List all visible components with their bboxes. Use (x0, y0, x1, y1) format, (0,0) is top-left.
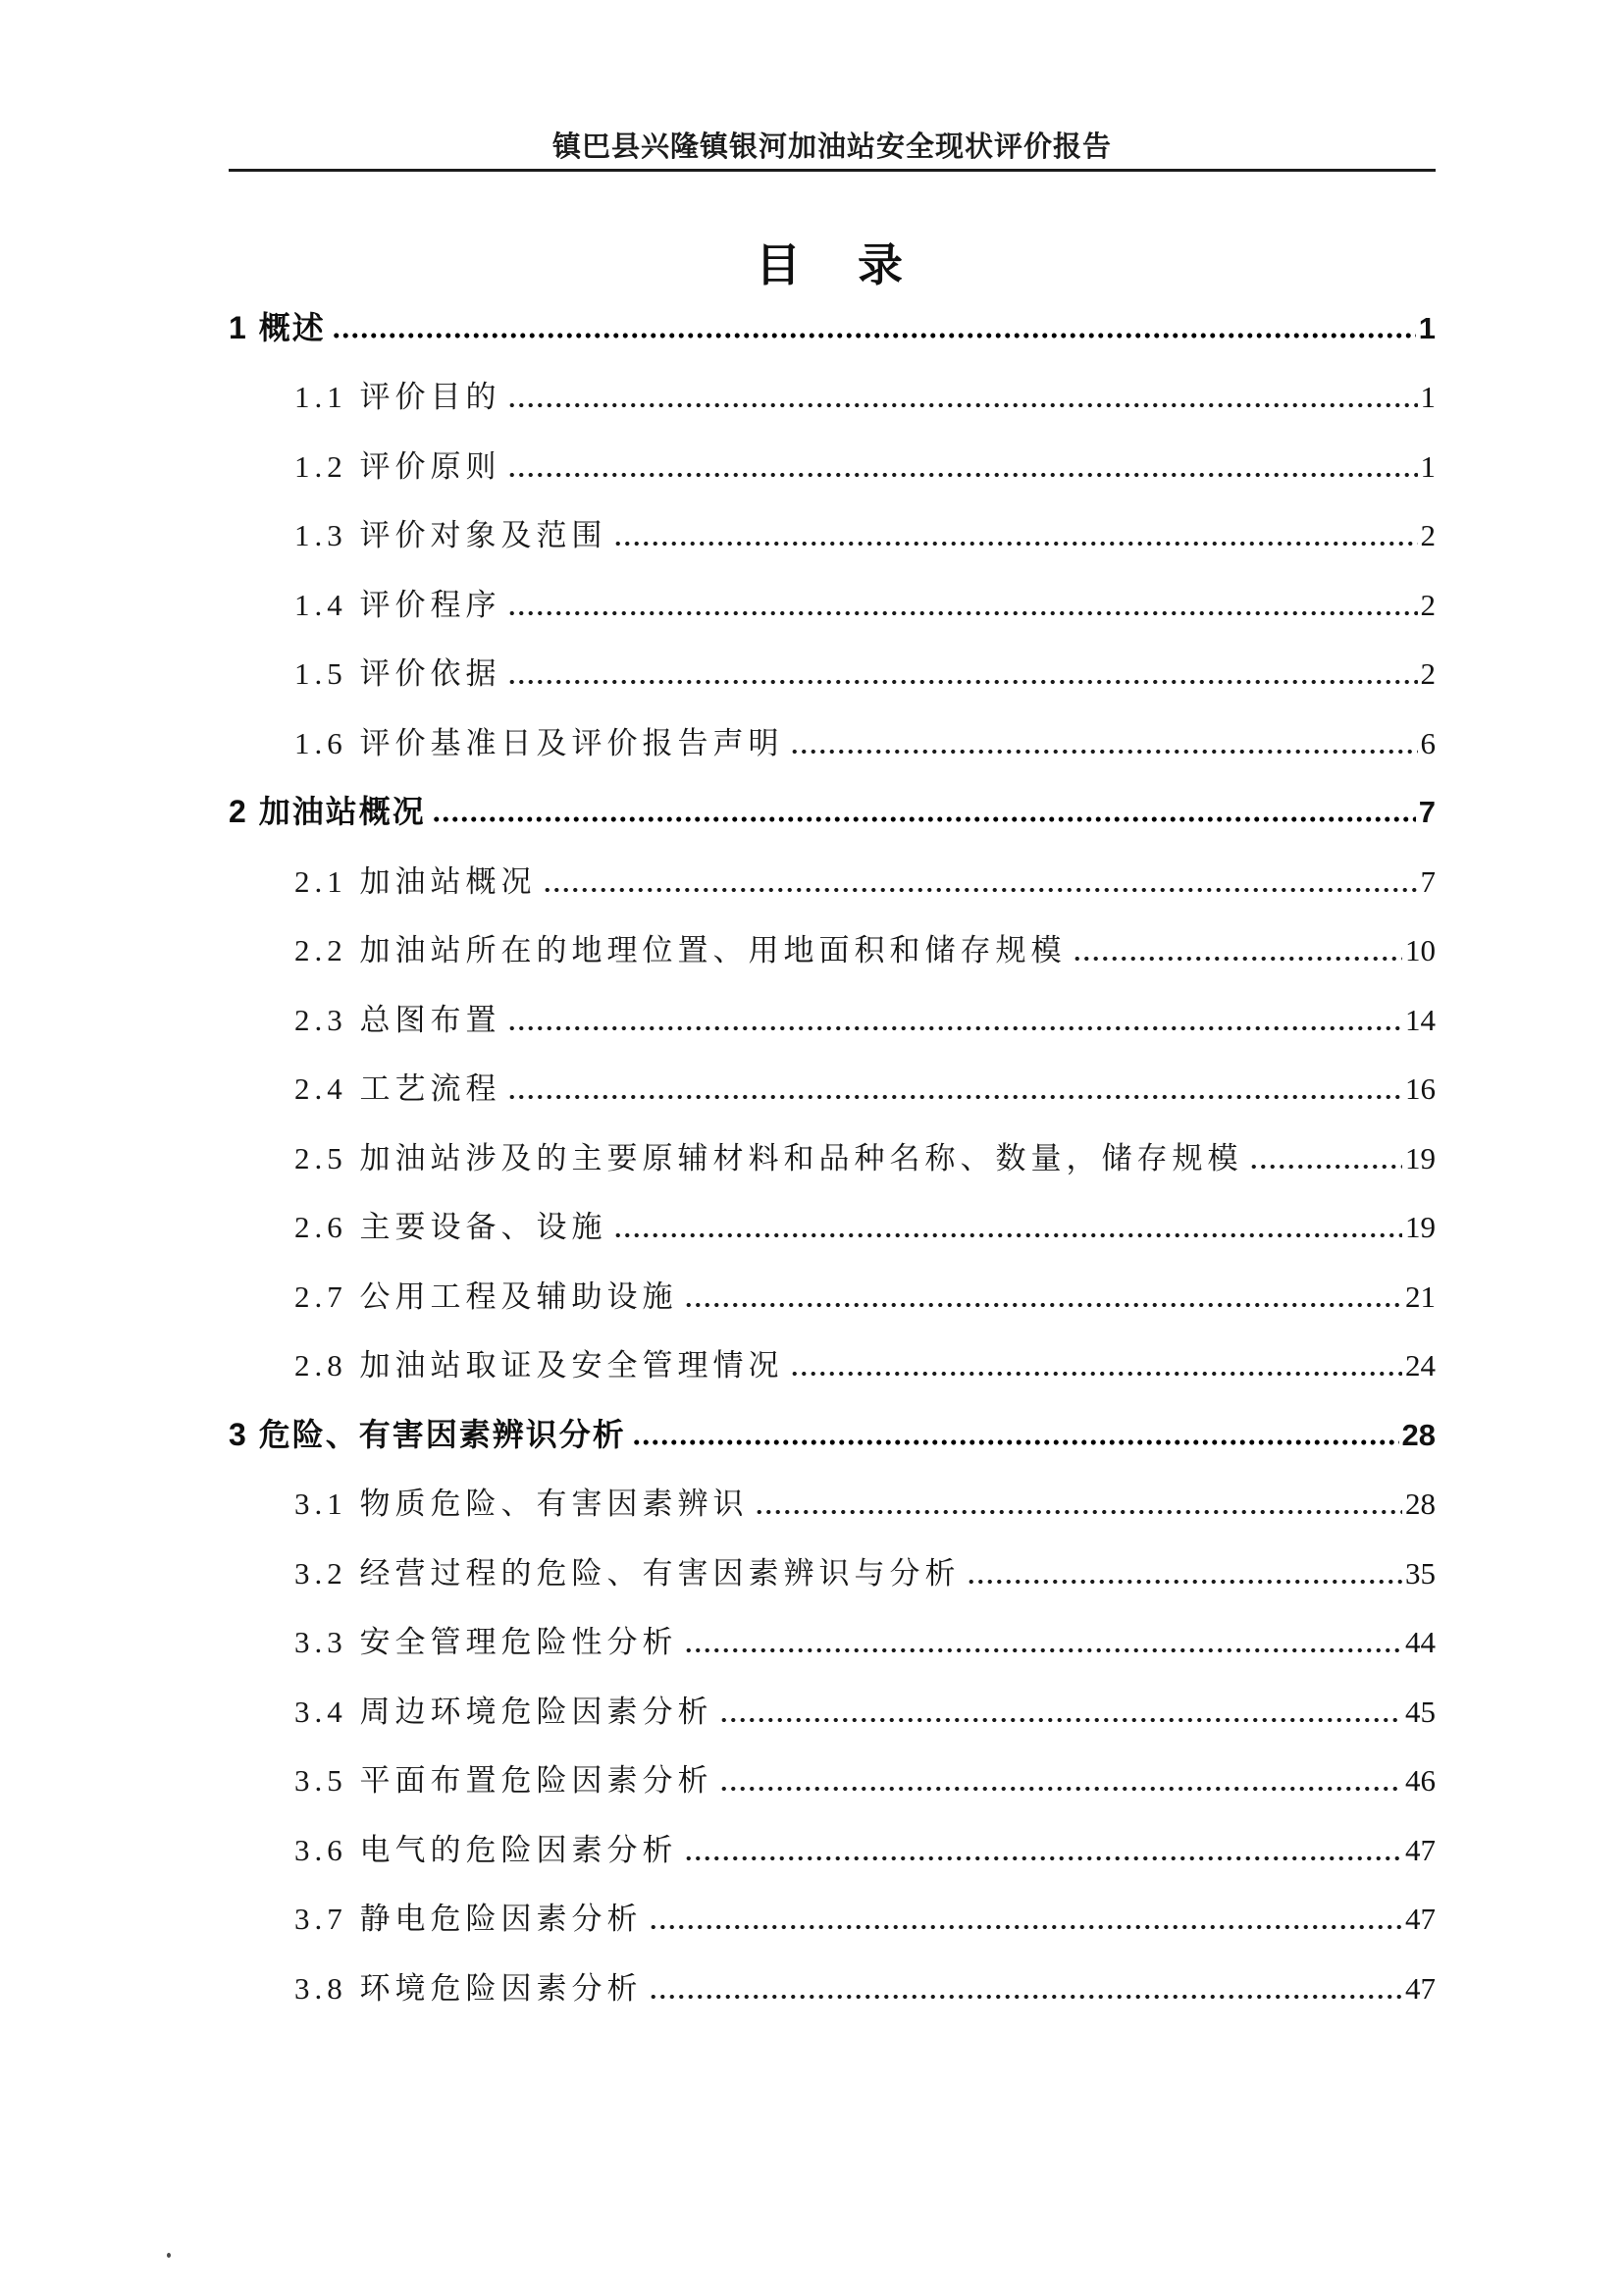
toc-entry: 3.1 物质危险、有害因素辨识28 (229, 1455, 1436, 1525)
toc-entry-label: 3.5 平面布置危险因素分析 (229, 1763, 713, 1800)
toc-entry: 1 概述1 (229, 279, 1436, 348)
dotted-leader (1073, 956, 1403, 962)
dotted-leader (507, 679, 1418, 685)
toc-entry-page-number: 45 (1405, 1695, 1436, 1732)
dotted-leader (632, 1439, 1399, 1445)
toc-entry-label: 3.1 物质危险、有害因素辨识 (229, 1487, 749, 1524)
toc-entry-label: 2.7 公用工程及辅助设施 (229, 1279, 678, 1317)
toc-entry-page-number: 44 (1405, 1625, 1436, 1662)
toc-entry: 2.6 主要设备、设施19 (229, 1178, 1436, 1248)
toc-entry-label: 3.7 静电危险因素分析 (229, 1902, 643, 1939)
toc-list: 1 概述11.1 评价目的11.2 评价原则11.3 评价对象及范围21.4 评… (229, 279, 1436, 2009)
toc-entry-label: 3.3 安全管理危险性分析 (229, 1625, 678, 1662)
toc-entry: 3.5 平面布置危险因素分析46 (229, 1732, 1436, 1801)
toc-entry-page-number: 24 (1405, 1348, 1436, 1385)
toc-entry: 2.1 加油站概况7 (229, 832, 1436, 902)
toc-entry: 3.2 经营过程的危险、有害因素辨识与分析35 (229, 1524, 1436, 1593)
dotted-leader (684, 1302, 1403, 1308)
toc-entry-page-number: 2 (1421, 518, 1437, 555)
dotted-leader (719, 1786, 1403, 1792)
dotted-leader (684, 1647, 1403, 1653)
page-header-title: 镇巴县兴隆镇银河加油站安全现状评价报告 (229, 125, 1436, 165)
toc-entry-page-number: 10 (1405, 933, 1436, 970)
toc-entry-label: 1.2 评价原则 (229, 449, 501, 487)
toc-entry: 2 加油站概况7 (229, 763, 1436, 833)
toc-entry: 1.4 评价程序2 (229, 555, 1436, 625)
toc-entry-page-number: 1 (1421, 449, 1437, 487)
toc-entry-label: 3.6 电气的危险因素分析 (229, 1833, 678, 1870)
toc-entry-page-number: 7 (1421, 864, 1437, 902)
toc-entry-label: 1 概述 (229, 310, 326, 348)
toc-entry-page-number: 6 (1421, 726, 1437, 763)
dotted-leader (790, 1371, 1403, 1377)
header-rule (229, 169, 1436, 172)
toc-entry-page-number: 19 (1405, 1210, 1436, 1247)
toc-entry: 2.8 加油站取证及安全管理情况24 (229, 1317, 1436, 1386)
toc-entry-label: 3 危险、有害因素辨识分析 (229, 1417, 626, 1455)
toc-entry-page-number: 46 (1405, 1763, 1436, 1800)
toc-entry-page-number: 21 (1405, 1279, 1436, 1317)
toc-entry-page-number: 35 (1405, 1556, 1436, 1593)
toc-entry: 2.2 加油站所在的地理位置、用地面积和储存规模10 (229, 902, 1436, 971)
toc-entry-label: 1.4 评价程序 (229, 588, 501, 625)
dotted-leader (790, 749, 1418, 755)
toc-entry: 1.6 评价基准日及评价报告声明6 (229, 694, 1436, 763)
dotted-leader (507, 1025, 1403, 1031)
toc-entry: 3.7 静电危险因素分析47 (229, 1870, 1436, 1940)
toc-entry-page-number: 19 (1405, 1141, 1436, 1178)
dotted-leader (432, 816, 1416, 822)
toc-entry-page-number: 1 (1421, 380, 1437, 417)
toc-entry-page-number: 47 (1405, 1902, 1436, 1939)
toc-entry-page-number: 28 (1405, 1487, 1436, 1524)
toc-entry-page-number: 14 (1405, 1003, 1436, 1040)
dotted-leader (613, 541, 1418, 547)
toc-entry: 1.5 评价依据2 (229, 625, 1436, 695)
dotted-leader (507, 472, 1418, 478)
toc-entry: 3.3 安全管理危险性分析44 (229, 1593, 1436, 1663)
toc-entry-page-number: 28 (1402, 1418, 1436, 1455)
dotted-leader (332, 333, 1416, 339)
dotted-leader (1249, 1164, 1403, 1170)
toc-entry-label: 1.1 评价目的 (229, 380, 501, 417)
toc-entry-label: 1.5 评价依据 (229, 656, 501, 694)
toc-entry-label: 2.4 工艺流程 (229, 1071, 501, 1109)
toc-entry: 2.5 加油站涉及的主要原辅材料和品种名称、数量，储存规模19 (229, 1109, 1436, 1178)
dotted-leader (755, 1509, 1403, 1515)
toc-entry-label: 2.1 加油站概况 (229, 864, 537, 902)
toc-entry-page-number: 16 (1405, 1071, 1436, 1109)
toc-entry: 3 危险、有害因素辨识分析28 (229, 1385, 1436, 1455)
toc-entry: 1.2 评价原则1 (229, 417, 1436, 487)
dotted-leader (719, 1717, 1403, 1723)
toc-entry-page-number: 2 (1421, 588, 1437, 625)
toc-entry-page-number: 47 (1405, 1833, 1436, 1870)
toc-entry-label: 2.3 总图布置 (229, 1003, 501, 1040)
toc-entry-label: 2.5 加油站涉及的主要原辅材料和品种名称、数量，储存规模 (229, 1141, 1243, 1178)
scan-artifact-speck (167, 2253, 171, 2258)
toc-entry: 1.3 评价对象及范围2 (229, 487, 1436, 556)
toc-entry-label: 3.4 周边环境危险因素分析 (229, 1695, 713, 1732)
document-page: 镇巴县兴隆镇银河加油站安全现状评价报告 目 录 1 概述11.1 评价目的11.… (0, 0, 1624, 2296)
toc-entry-label: 2.2 加油站所在的地理位置、用地面积和储存规模 (229, 933, 1067, 970)
toc-entry-page-number: 7 (1419, 795, 1436, 832)
dotted-leader (507, 610, 1418, 616)
toc-entry-page-number: 2 (1421, 656, 1437, 694)
toc-entry: 3.6 电气的危险因素分析47 (229, 1800, 1436, 1870)
toc-entry-label: 2.6 主要设备、设施 (229, 1210, 607, 1247)
dotted-leader (967, 1579, 1403, 1585)
toc-entry: 3.8 环境危险因素分析47 (229, 1939, 1436, 2009)
toc-entry-label: 2 加油站概况 (229, 794, 426, 832)
toc-entry-page-number: 47 (1405, 1971, 1436, 2009)
dotted-leader (649, 1994, 1403, 2000)
toc-entry: 1.1 评价目的1 (229, 348, 1436, 418)
toc-entry-label: 1.6 评价基准日及评价报告声明 (229, 726, 784, 763)
toc-entry: 2.3 总图布置14 (229, 970, 1436, 1040)
dotted-leader (543, 887, 1418, 893)
toc-entry: 2.7 公用工程及辅助设施21 (229, 1247, 1436, 1317)
dotted-leader (684, 1855, 1403, 1861)
toc-entry-label: 1.3 评价对象及范围 (229, 518, 607, 555)
toc-entry: 2.4 工艺流程16 (229, 1040, 1436, 1110)
dotted-leader (507, 402, 1418, 408)
dotted-leader (507, 1094, 1403, 1100)
toc-entry: 3.4 周边环境危险因素分析45 (229, 1662, 1436, 1732)
toc-entry-page-number: 1 (1419, 311, 1436, 348)
toc-entry-label: 3.2 经营过程的危险、有害因素辨识与分析 (229, 1556, 961, 1593)
dotted-leader (613, 1232, 1403, 1238)
toc-entry-label: 2.8 加油站取证及安全管理情况 (229, 1348, 784, 1385)
dotted-leader (649, 1924, 1403, 1930)
toc-entry-label: 3.8 环境危险因素分析 (229, 1971, 643, 2009)
